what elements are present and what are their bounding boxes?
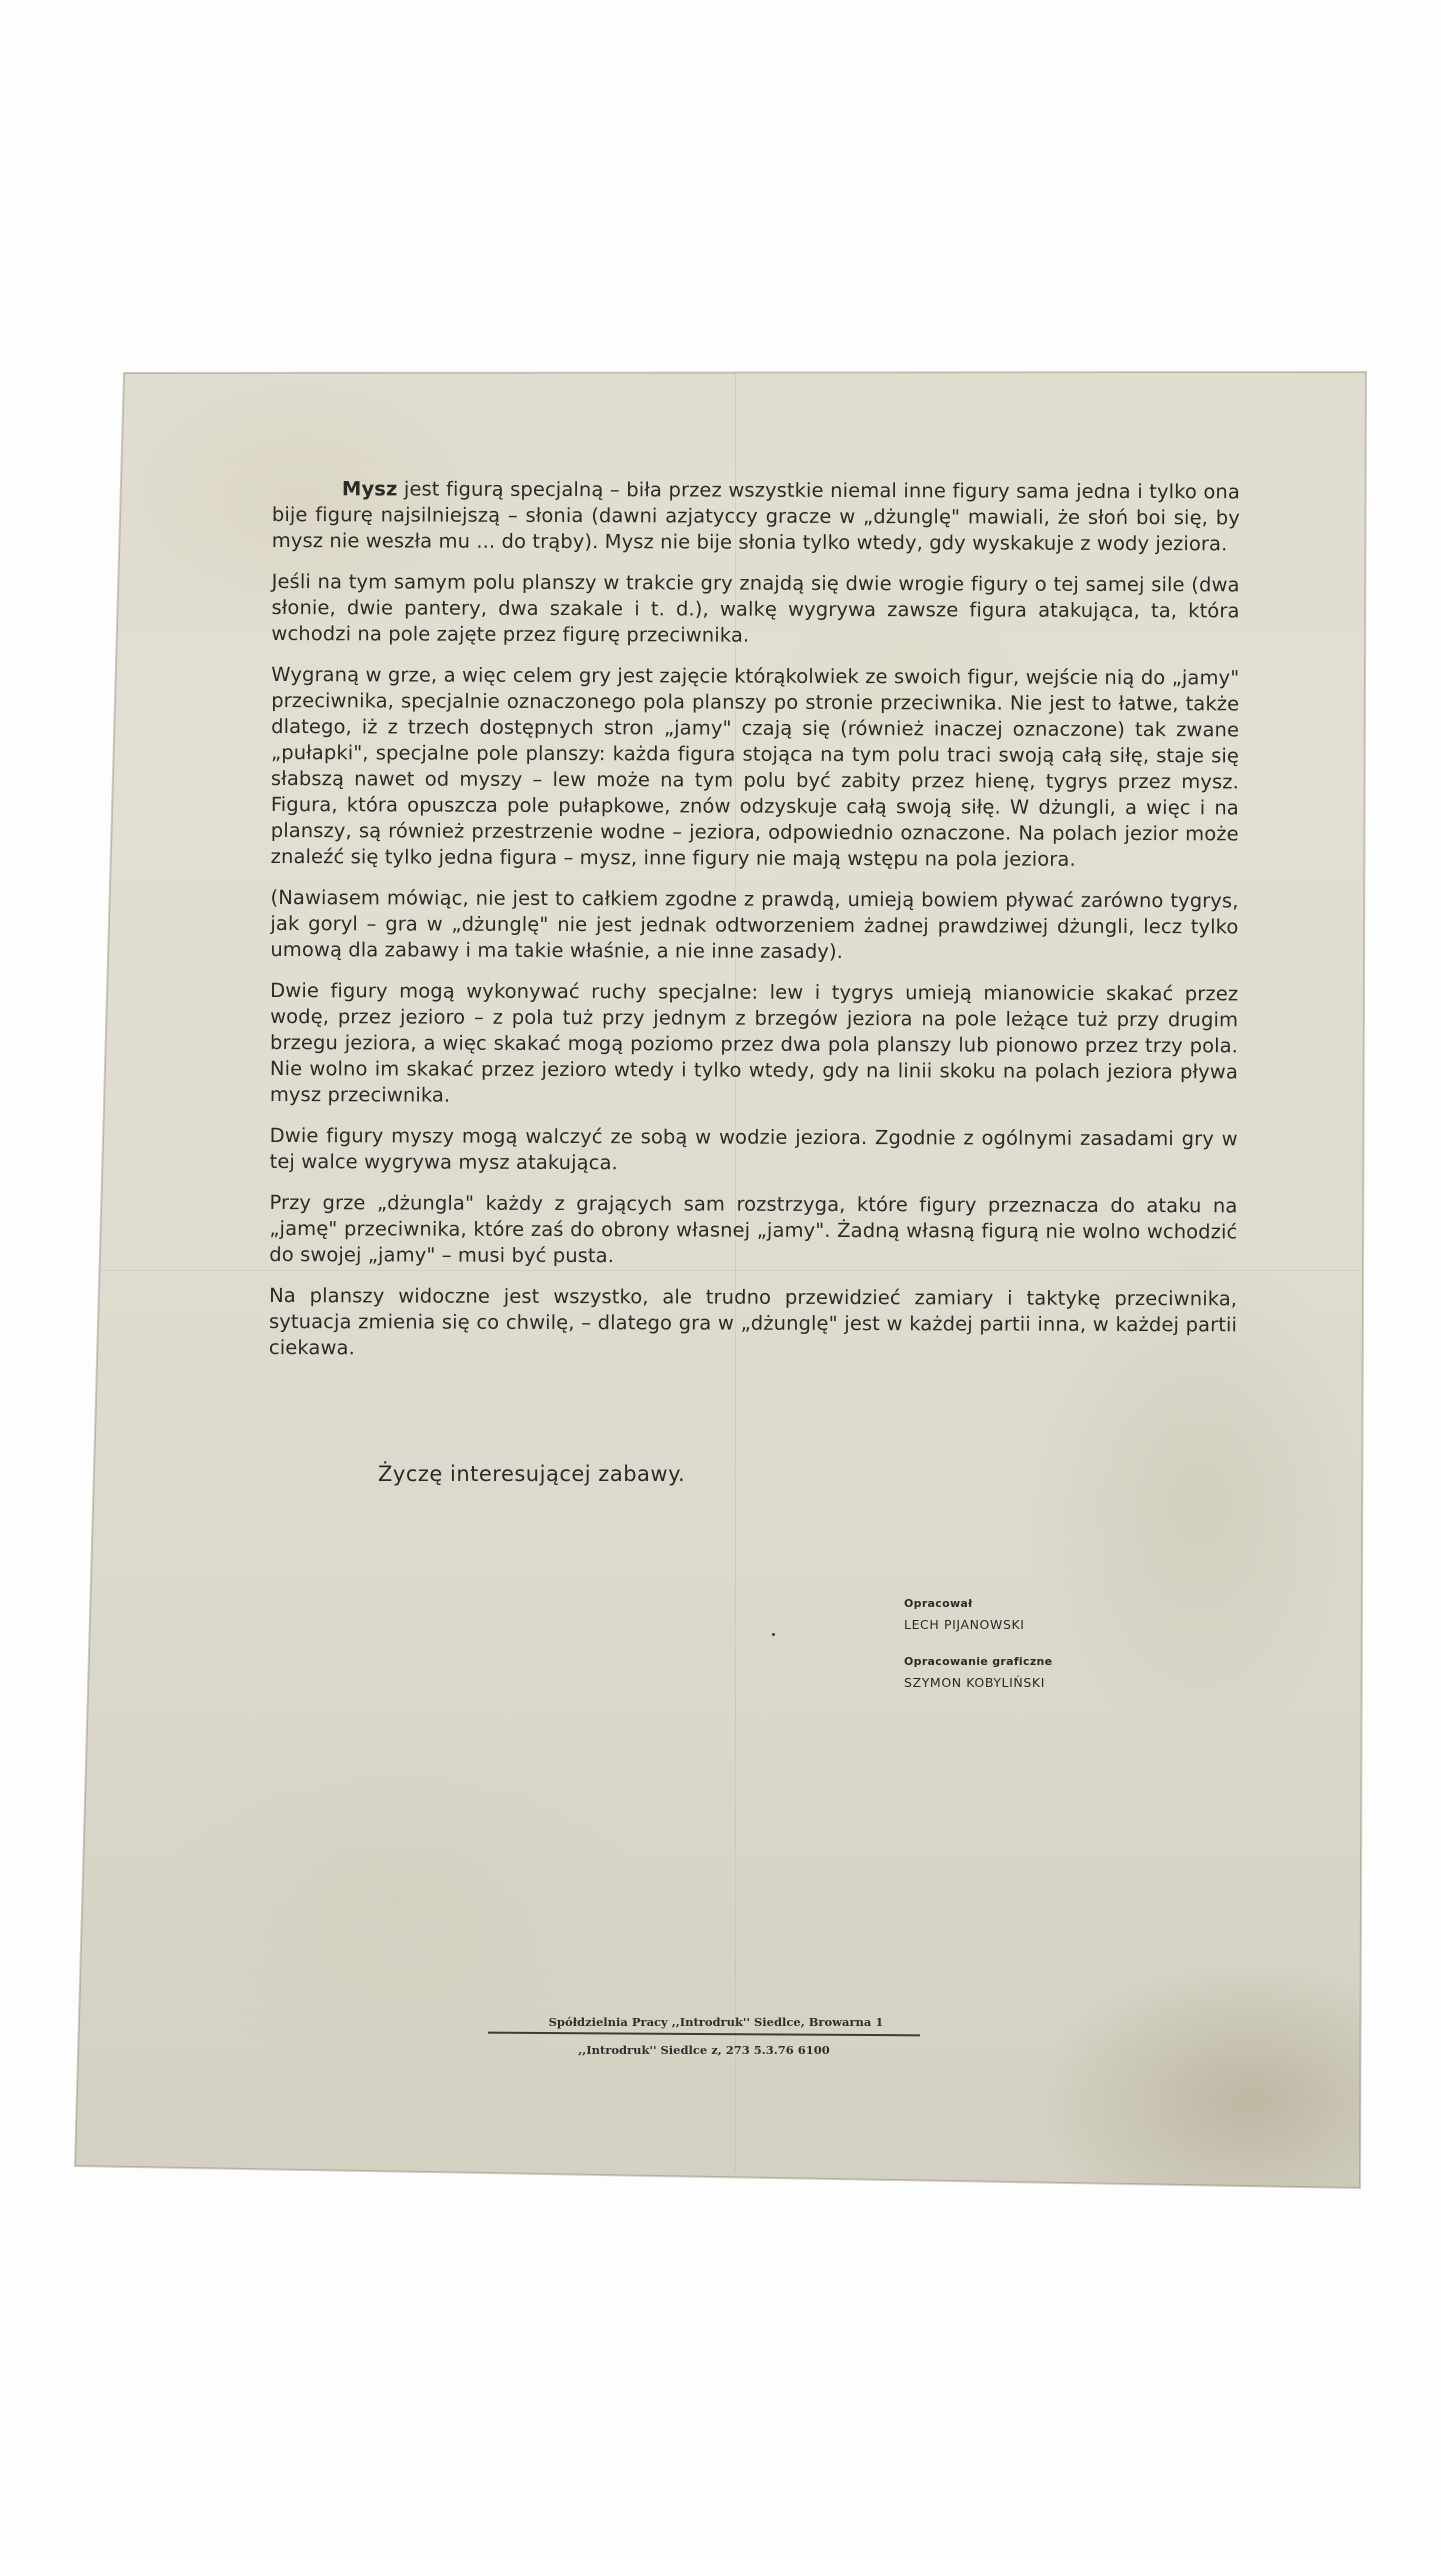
photo-stage: Mysz jest figurą specjalną – biła przez … (0, 0, 1441, 2560)
credit-role: Opracowanie graficzne (904, 1655, 1052, 1669)
rules-body: Mysz jest figurą specjalną – biła przez … (269, 476, 1240, 1379)
lead-bold-word: Mysz (342, 477, 398, 500)
imprint-publisher: Spółdzielnia Pracy ,,Introdruk'' Siedlce… (488, 2015, 920, 2033)
ink-speck (772, 1633, 775, 1636)
credit-graphics: Opracowanie graficzne SZYMON KOBYLIŃSKI (904, 1655, 1052, 1691)
paragraph-special-moves: Dwie figury mogą wykonywać ruchy specjal… (270, 978, 1238, 1111)
credits: Opracował LECH PIJANOWSKI Opracowanie gr… (904, 1597, 1052, 1713)
paragraph-win-condition: Wygraną w grze, a więc celem gry jest za… (271, 662, 1240, 873)
paragraph-aside: (Nawiasem mówiąc, nie jest to całkiem zg… (270, 885, 1238, 966)
credit-author: Opracował LECH PIJANOWSKI (904, 1597, 1052, 1633)
printer-imprint: Spółdzielnia Pracy ,,Introdruk'' Siedlce… (488, 2015, 920, 2057)
paragraph-mouse-fight: Dwie figury myszy mogą walczyć ze sobą w… (270, 1123, 1238, 1178)
paragraph-mouse: Mysz jest figurą specjalną – biła przez … (272, 476, 1240, 557)
credit-name: LECH PIJANOWSKI (904, 1617, 1052, 1633)
paragraph-same-strength: Jeśli na tym samym polu planszy w trakci… (271, 569, 1239, 650)
credit-role: Opracował (904, 1597, 1052, 1611)
greeting: Życzę interesującej zabawy. (378, 1462, 685, 1486)
credit-name: SZYMON KOBYLIŃSKI (904, 1675, 1052, 1691)
paragraph-strategy: Przy grze „dżungla" każdy z grających sa… (269, 1190, 1237, 1271)
paragraph-conclusion: Na planszy widoczne jest wszystko, ale t… (269, 1283, 1237, 1364)
imprint-print-info: ,,Introdruk'' Siedlce z, 273 5.3.76 6100 (488, 2035, 920, 2057)
